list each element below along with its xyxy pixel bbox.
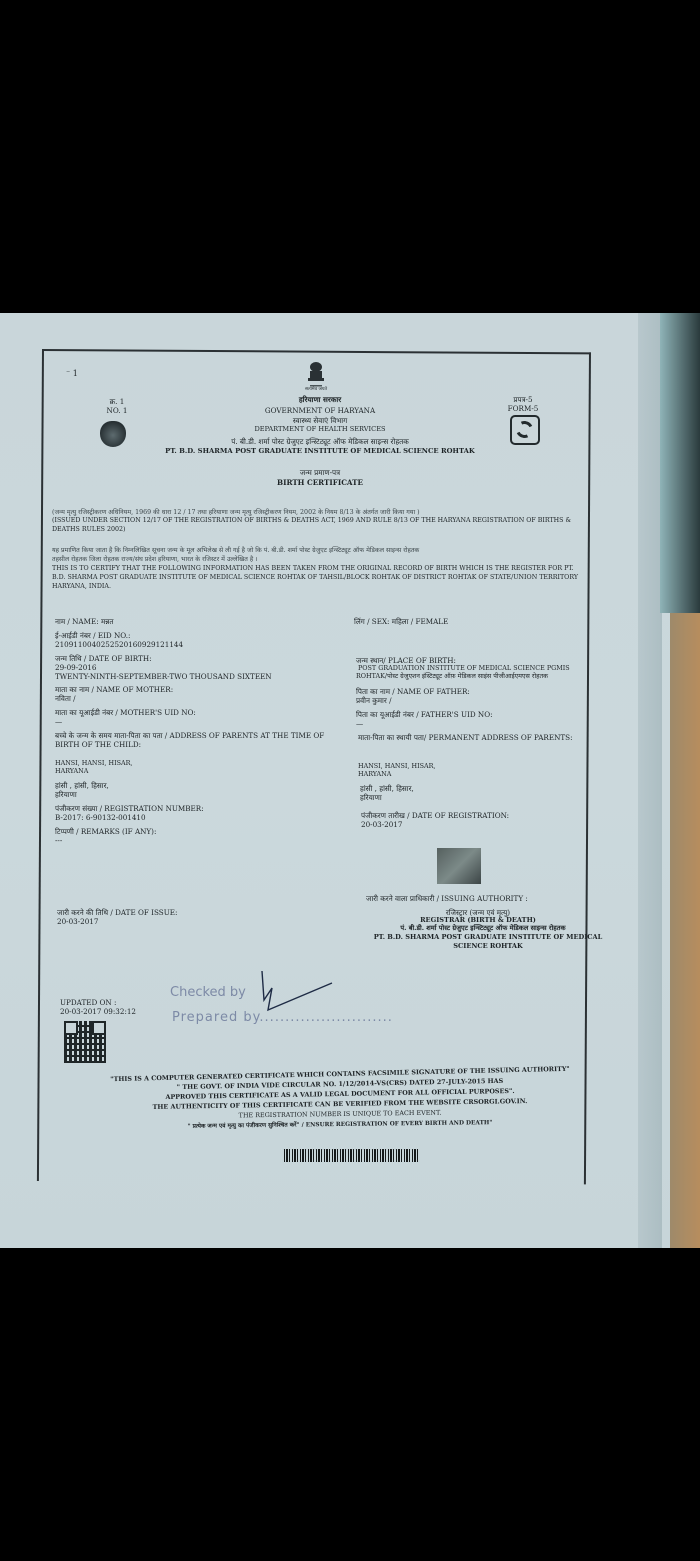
title-english: BIRTH CERTIFICATE [220,478,420,487]
issued-under-english: (ISSUED UNDER SECTION 12/17 OF THE REGIS… [52,516,571,525]
certify-english-2: B.D. SHARMA POST GRADUATE INSTITUTE OF M… [52,573,578,582]
qr-code-icon [64,1021,106,1063]
certify-hindi-2: तहसील रोहतक जिला रोहतक राज्य/संघ प्रदेश … [52,555,258,564]
name-label: नाम / NAME: [55,617,99,626]
dob-words: TWENTY-NINTH-SEPTEMBER-TWO THOUSAND SIXT… [55,672,272,681]
plastic-sleeve-edge [638,313,662,1248]
govt-english: GOVERNMENT OF HARYANA [170,406,470,415]
updated-on-label: UPDATED ON : [60,998,116,1007]
dept-english: DEPARTMENT OF HEALTH SERVICES [170,425,470,434]
father-name-label: पिता का नाम / NAME OF FATHER: [356,687,470,696]
document-photo: ⁻ 1 सत्यमेव जयते क्र. 1 NO. 1 प्रपत्र-5 … [0,313,700,1248]
issue-date-label: जारी करने की तिथि / DATE OF ISSUE: [57,908,177,917]
registration-date-value: 20-03-2017 [361,820,402,829]
place-of-birth-line2: ROHTAK/पोस्ट ग्रेजुएशन इंस्टिट्यूट ऑफ़ म… [356,672,548,681]
eid-value: 2109110040252520160929121144 [55,640,183,649]
certify-hindi-1: यह प्रमाणित किया जाता है कि निम्नलिखित स… [52,546,419,555]
emblem-caption: सत्यमेव जयते [270,385,362,394]
title-hindi: जन्म प्रमाण-पत्र [220,468,420,477]
certify-english-3: HARYANA, INDIA. [52,582,111,591]
issue-date-value: 20-03-2017 [57,917,98,926]
name-value: मन्नत [101,617,114,626]
permanent-address-en-2: HARYANA [358,770,391,779]
dob-label: जन्म तिथि / DATE OF BIRTH: [55,654,152,663]
sex-field: लिंग / SEX: महिला / FEMALE [354,617,448,626]
mother-uid-value: — [55,717,62,726]
registrar-institute-hindi: पं. बी.डी. शर्मा पोस्ट ग्रेजुएट इन्स्टिट… [360,924,606,933]
institute-english: PT. B.D. SHARMA POST GRADUATE INSTITUTE … [150,447,490,456]
address-at-birth-label-1: बच्चे के जन्म के समय माता-पिता का पता / … [55,731,324,740]
father-name-value: प्रवीन कुमार / [356,696,392,705]
mother-name-value: नविता / [55,694,76,703]
table-edge [670,613,700,1248]
registration-number-label: पंजीकरण संख्या / REGISTRATION NUMBER: [55,804,204,813]
permanent-address-hi-1: हांसी , हांसी, हिसार, [360,784,414,793]
certify-english-1: THIS IS TO CERTIFY THAT THE FOLLOWING IN… [52,564,574,573]
serial-english: NO. 1 [92,406,142,415]
dept-hindi: स्वास्थ्य सेवाएं विभाग [170,416,470,425]
barcode-icon [284,1149,420,1162]
certificate-paper: ⁻ 1 सत्यमेव जयते क्र. 1 NO. 1 प्रपत्र-5 … [0,313,680,1248]
checked-by-stamp: Checked by [170,985,246,1000]
sex-label: लिंग / SEX: [354,617,389,626]
address-at-birth-hi-1: हांसी , हांसी, हिसार, [55,781,109,790]
father-uid-label: पिता का यूआईडी नंबर / FATHER'S UID NO: [356,710,493,719]
remarks-value: --- [55,836,62,845]
govt-hindi: हरियाणा सरकार [170,395,470,404]
address-at-birth-label-2: BIRTH OF THE CHILD: [55,740,141,749]
registrar-institute-english-2: SCIENCE ROHTAK [370,942,606,951]
form-english: FORM-5 [492,404,554,413]
address-at-birth-en-2: HARYANA [55,767,88,776]
institute-hindi: पं. बी.डी. शर्मा पोस्ट ग्रेजुएट इन्स्टिट… [150,437,490,446]
name-field: नाम / NAME: मन्नत [55,617,113,626]
serial-hindi: क्र. 1 [92,397,142,406]
form-hindi: प्रपत्र-5 [492,395,554,404]
background-edge [660,313,700,613]
father-uid-value: — [356,719,363,728]
permanent-address-hi-2: हरियाणा [360,793,382,802]
mother-uid-label: माता का यूआईडी नंबर / MOTHER'S UID NO: [55,708,196,717]
registrar-institute-english-1: PT. B.D. SHARMA POST GRADUATE INSTITUTE … [370,933,606,942]
haryana-emblem-icon [100,421,126,447]
address-at-birth-hi-2: हरियाणा [55,790,77,799]
eid-label: ई-आईडी नंबर / EID NO.: [55,631,130,640]
corner-mark: ⁻ 1 [66,369,78,378]
mother-name-label: माता का नाम / NAME OF MOTHER: [55,685,173,694]
registration-number-value: B-2017: 6-90132-001410 [55,813,146,822]
issuing-authority-label: जारी करने वाला प्राधिकारी / ISSUING AUTH… [366,894,528,903]
hologram-seal-icon [437,848,481,884]
signature-icon [250,968,340,1018]
permanent-address-label: माता-पिता का स्थायी पता/ PERMANENT ADDRE… [358,733,573,742]
crs-logo-icon [510,415,540,445]
sex-value: महिला / FEMALE [392,617,449,626]
issued-under-english-2: DEATHS RULES 2002) [52,525,125,534]
updated-on-value: 20-03-2017 09:32:12 [60,1007,136,1016]
dob-value: 29-09-2016 [55,663,96,672]
registration-date-label: पंजीकरण तारीख / DATE OF REGISTRATION: [361,811,509,820]
remarks-label: टिप्पणी / REMARKS (IF ANY): [55,827,156,836]
